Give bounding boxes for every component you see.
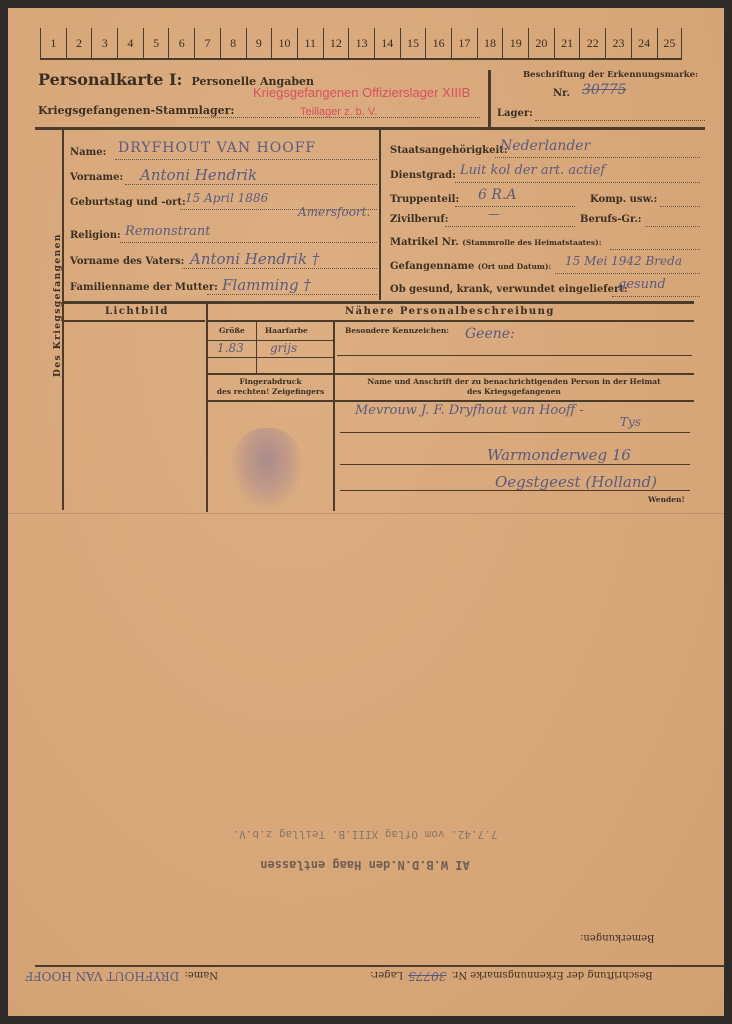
religion-value: Remonstrant — [125, 224, 210, 239]
ruler-cell: 19 — [502, 28, 528, 58]
fingerprint-image — [232, 428, 302, 508]
contact-line-4: Oegstgeest (Holland) — [495, 473, 657, 491]
back-name-value: DRYFHOUT VAN HOOFF — [25, 969, 179, 983]
lichtbild-label: Lichtbild — [105, 306, 169, 317]
vater-label: Vorname des Vaters: — [70, 256, 184, 267]
haarfarbe-value: grijs — [270, 341, 297, 355]
ruler-cell: 13 — [348, 28, 374, 58]
dienstgrad-value: Luit kol der art. actief — [460, 163, 605, 178]
contact-label-line1: Name und Anschrift der zu benachrichtige… — [334, 377, 694, 387]
ruler-cell: 4 — [117, 28, 143, 58]
stammlager-label: Kriegsgefangenen-Stammlager: — [38, 104, 235, 117]
haarfarbe-label: Haarfarbe — [265, 326, 308, 335]
dienstgrad-label: Dienstgrad: — [390, 170, 456, 181]
ruler-cell: 9 — [246, 28, 272, 58]
vertical-label: Des Kriegsgefangenen — [53, 233, 63, 377]
groesse-value: 1.83 — [217, 341, 244, 355]
name-label: Name: — [70, 147, 106, 158]
komp-label: Komp. usw.: — [590, 194, 657, 205]
geburtstag-label: Geburtstag und -ort: — [70, 197, 186, 208]
ruler-cell: 2 — [66, 28, 92, 58]
kennzeichen-label: Besondere Kennzeichen: — [345, 326, 449, 335]
release-stamp-2: AI W.B.D.N.den Haag entlassen — [220, 858, 510, 872]
back-nr-value: 30775 — [408, 969, 446, 983]
geburtstag-value: 15 April 1886 — [185, 191, 268, 205]
truppenteil-value: 6 R.A — [478, 187, 516, 203]
matrikel-sublabel: (Stammrolle des Heimatstaates): — [462, 238, 601, 247]
camp-stamp: Kriegsgefangenen Offizierslager XIIIB — [253, 85, 470, 100]
ruler-cell: 22 — [579, 28, 605, 58]
religion-label: Religion: — [70, 230, 121, 241]
staatsangehoerigkeit-label: Staatsangehörigkeit: — [390, 145, 508, 156]
card-title: Personalkarte I: — [38, 70, 182, 89]
ruler-cell: 10 — [271, 28, 297, 58]
name-value: DRYFHOUT VAN HOOFF — [118, 140, 316, 156]
back-name-label: Name: — [185, 969, 218, 980]
contact-line-2: Tys — [620, 415, 641, 429]
number-ruler: 1 2 3 4 5 6 7 8 9 10 11 12 13 14 15 16 1… — [40, 28, 682, 60]
ruler-cell: 24 — [631, 28, 657, 58]
ruler-cell: 20 — [528, 28, 554, 58]
vater-value: Antoni Hendrik † — [190, 250, 319, 268]
teillager-stamp: Teillager z. b. V. — [300, 106, 377, 118]
ruler-cell: 6 — [168, 28, 194, 58]
kennzeichen-value: Geene: — [465, 326, 515, 342]
ruler-cell: 14 — [374, 28, 400, 58]
erkennungsmarke-label: Beschriftung der Erkennungsmarke: — [523, 70, 698, 80]
ruler-cell: 7 — [194, 28, 220, 58]
ruler-cell: 5 — [143, 28, 169, 58]
naehere-label: Nähere Personalbeschreibung — [345, 306, 555, 317]
ruler-cell: 15 — [400, 28, 426, 58]
geburtsort-value: Amersfoort. — [298, 205, 370, 219]
gefangennahme-label: Gefangenname (Ort und Datum): — [390, 261, 551, 272]
back-erkennungsmarke-row: Beschriftung der Erkennungsmarke Nr. 307… — [370, 968, 653, 987]
nr-value: 30775 — [582, 82, 627, 98]
staatsangehoerigkeit-value: Nederlander — [500, 138, 590, 154]
lager-label: Lager: — [497, 108, 533, 119]
fingerabdruck-label-line1: Fingerabdruck — [208, 377, 333, 387]
gefangennahme-value: 15 Mei 1942 Breda — [565, 254, 682, 268]
ruler-cell: 12 — [323, 28, 349, 58]
mutter-label: Familienname der Mutter: — [70, 282, 218, 293]
wenden-label: Wenden! — [648, 495, 685, 504]
back-name-row: Name: DRYFHOUT VAN HOOFF — [25, 968, 218, 987]
truppenteil-label: Truppenteil: — [390, 194, 459, 205]
ruler-cell: 21 — [554, 28, 580, 58]
release-stamp: 7.7.42. vom Oflag XIII.B. Teillag z.b.V. — [220, 828, 510, 841]
ruler-cell: 17 — [451, 28, 477, 58]
gefangennahme-label-text: Gefangenname — [390, 261, 474, 272]
berufsgruppe-label: Berufs-Gr.: — [580, 214, 642, 225]
contact-label-line2: des Kriegsgefangenen — [334, 387, 694, 397]
zivilberuf-label: Zivilberuf: — [390, 214, 448, 225]
ruler-cell: 1 — [40, 28, 66, 58]
ruler-cell: 25 — [657, 28, 683, 58]
fingerabdruck-label: Fingerabdruck des rechten! Zeigefingers — [208, 377, 333, 397]
release-stamp-line2: AI W.B.D.N.den Haag entlassen — [220, 858, 510, 872]
ruler-cell: 18 — [477, 28, 503, 58]
contact-line-1: Mevrouw J. F. Dryfhout van Hooff - — [355, 403, 584, 418]
nr-label: Nr. — [553, 88, 570, 99]
contact-label: Name und Anschrift der zu benachrichtige… — [334, 377, 694, 397]
matrikel-label: Matrikel Nr. (Stammrolle des Heimatstaat… — [390, 237, 601, 248]
ruler-cell: 23 — [605, 28, 631, 58]
release-stamp-line1: 7.7.42. vom Oflag XIII.B. Teillag z.b.V. — [220, 828, 510, 841]
zivilberuf-value: — — [488, 207, 500, 221]
ruler-cell: 11 — [297, 28, 323, 58]
vorname-value: Antoni Hendrik — [140, 166, 257, 184]
ruler-cell: 16 — [425, 28, 451, 58]
gesund-label: Ob gesund, krank, verwundet eingeliefert… — [390, 284, 628, 295]
ruler-cell: 8 — [220, 28, 246, 58]
fingerabdruck-label-line2: des rechten! Zeigefingers — [208, 387, 333, 397]
vorname-label: Vorname: — [70, 172, 123, 183]
bemerkungen-label: Bemerkungen: — [580, 932, 655, 943]
back-lager-label: Lager: — [370, 969, 403, 980]
groesse-label: Größe — [219, 326, 245, 335]
gefangennahme-sublabel: (Ort und Datum): — [478, 262, 551, 271]
back-erkennungsmarke-label: Beschriftung der Erkennungsmarke Nr. — [451, 969, 652, 980]
gesund-value: gesund — [618, 277, 666, 292]
matrikel-label-text: Matrikel Nr. — [390, 237, 459, 248]
ruler-cell: 3 — [91, 28, 117, 58]
fold-line — [8, 513, 724, 514]
mutter-value: Flamming † — [222, 276, 311, 294]
contact-line-3: Warmonderweg 16 — [487, 446, 631, 464]
